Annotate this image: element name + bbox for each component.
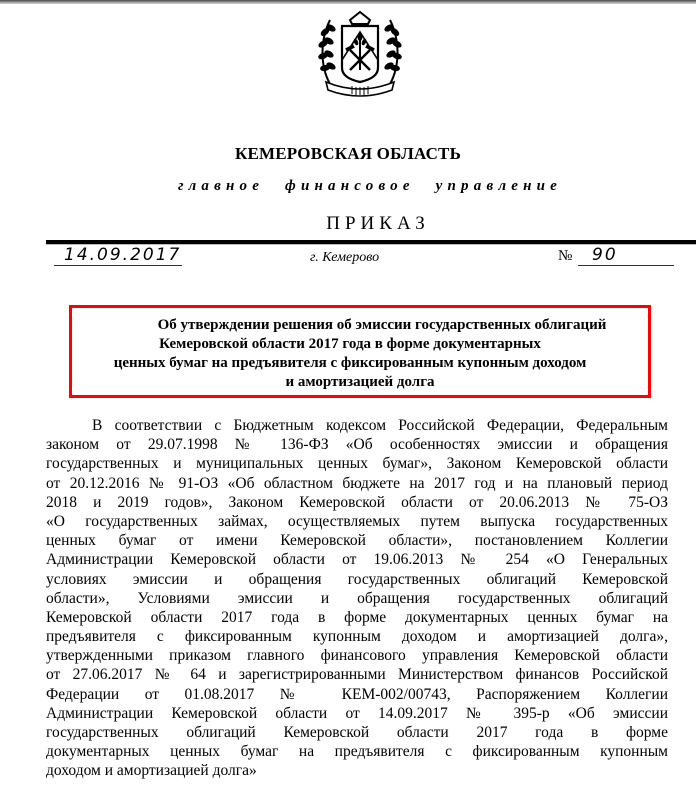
body-line: 2018 и 2019 годов», Законом Кемеровской … [46, 493, 668, 512]
subject-line: и амортизацией долга [72, 373, 648, 392]
window-top-edge [0, 0, 696, 4]
order-body-paragraph: В соответствии с Бюджетным кодексом Росс… [46, 416, 668, 781]
body-line: условиях эмиссии и обращения государстве… [46, 570, 668, 589]
body-line: Федерации от 01.08.2017 № КЕМ-002/00743,… [46, 685, 668, 704]
body-line: документарных ценных бумаг на предъявите… [46, 742, 668, 761]
subject-line: ценных бумаг на предъявителя с фиксирова… [72, 354, 648, 373]
body-line: доходом и амортизацией долга» [46, 761, 668, 780]
number-sign: № [558, 248, 572, 265]
order-city: г. Кемерово [310, 250, 379, 266]
body-line: «О государственных займах, осуществляемы… [46, 512, 668, 531]
coat-of-arms-icon [316, 6, 404, 98]
body-line: Администрации Кемеровской области от 19.… [46, 550, 668, 569]
body-line: ценных бумаг от имени Кемеровской област… [46, 531, 668, 550]
body-line: законом от 29.07.1998 № 136-ФЗ «Об особе… [46, 435, 668, 454]
body-line: Кемеровской области 2017 года в форме до… [46, 608, 668, 627]
body-line: Администрации Кемеровской области от 14.… [46, 704, 668, 723]
body-line: государственных и муниципальных ценных б… [46, 454, 668, 473]
body-line: от 20.12.2016 № 91-ОЗ «Об областном бюдж… [46, 474, 668, 493]
subject-line: Кемеровской области 2017 года в форме до… [72, 335, 648, 354]
body-line: В соответствии с Бюджетным кодексом Росс… [46, 416, 668, 435]
order-subject-highlight: Об утверждении решения об эмиссии госуда… [69, 305, 651, 398]
body-line: утвержденными приказом главного финансов… [46, 646, 668, 665]
department-name: главное финансовое управление [50, 178, 690, 195]
body-line: области», Условиями эмиссии и обращения … [46, 589, 668, 608]
region-name: КЕМЕРОВСКАЯ ОБЛАСТЬ [0, 144, 696, 164]
document-type-title: ПРИКАЗ [0, 213, 696, 235]
order-number: 90 [578, 244, 674, 266]
body-line: государственных облигаций Кемеровской об… [46, 723, 668, 742]
body-line: от 27.06.2017 № 64 и зарегистрированными… [46, 665, 668, 684]
subject-line: Об утверждении решения об эмиссии госуда… [72, 316, 648, 335]
body-line: предъявителя с фиксированным купонным до… [46, 627, 668, 646]
order-date: 14.09.2017 [54, 244, 182, 266]
